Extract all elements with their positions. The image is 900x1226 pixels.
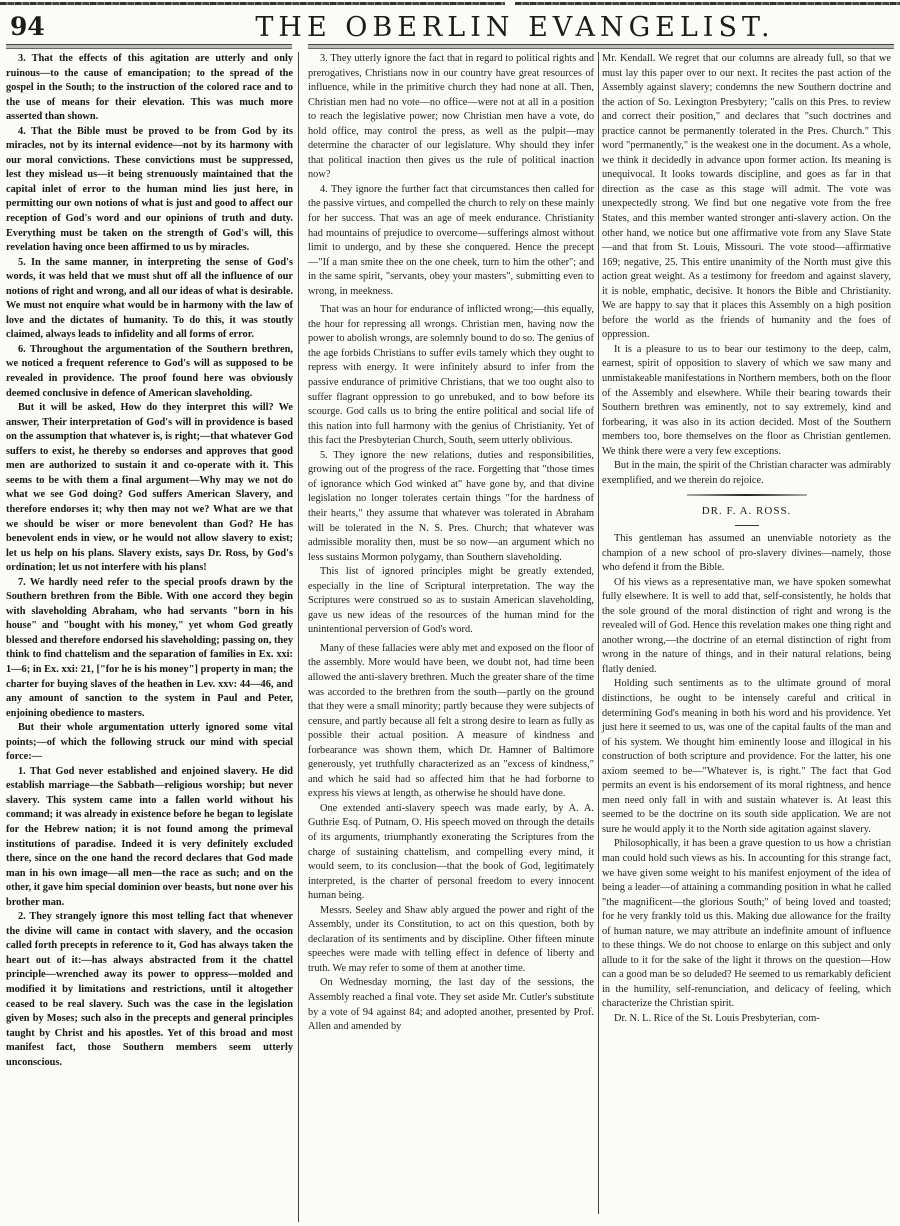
- paragraph: 5. They ignore the new relations, duties…: [308, 449, 594, 565]
- paragraph: 7. We hardly need refer to the special p…: [6, 576, 293, 721]
- heading-underline: [735, 525, 759, 526]
- paragraph: Philosophically, it has been a grave que…: [602, 837, 891, 1012]
- page-number: 94: [10, 12, 45, 41]
- paragraph: 1. That God never established and enjoin…: [6, 765, 293, 910]
- paragraph: It is a pleasure to us to bear our testi…: [602, 343, 891, 459]
- paragraph: 3. They utterly ignore the fact that in …: [308, 52, 594, 183]
- paragraph: Many of these fallacies were ably met an…: [308, 642, 594, 802]
- paragraph: 2. They strangely ignore this most telli…: [6, 910, 293, 1070]
- paragraph: Mr. Kendall. We regret that our columns …: [602, 52, 891, 343]
- paragraph: This list of ignored principles might be…: [308, 565, 594, 638]
- paragraph: Messrs. Seeley and Shaw ably argued the …: [308, 904, 594, 977]
- section-divider-ornament: [687, 494, 807, 496]
- paragraph: That was an hour for endurance of inflic…: [308, 303, 594, 448]
- paragraph: On Wednesday morning, the last day of th…: [308, 976, 594, 1034]
- column-divider-1: [298, 52, 299, 1222]
- paragraph: 5. In the same manner, in interpreting t…: [6, 256, 293, 343]
- newspaper-title: THE OBERLIN EVANGELIST.: [135, 12, 895, 43]
- header-rule-left: [6, 44, 292, 49]
- paragraph: But their whole argumentation utterly ig…: [6, 721, 293, 765]
- paragraph: But in the main, the spirit of the Chris…: [602, 459, 891, 488]
- masthead: 94 THE OBERLIN EVANGELIST.: [0, 10, 900, 40]
- section-heading: DR. F. A. ROSS.: [602, 504, 891, 519]
- top-border-rule: [0, 2, 505, 5]
- paragraph: Of his views as a representative man, we…: [602, 576, 891, 678]
- paragraph: This gentleman has assumed an unenviable…: [602, 532, 891, 576]
- paragraph: 4. They ignore the further fact that cir…: [308, 183, 594, 299]
- paragraph: Dr. N. L. Rice of the St. Louis Presbyte…: [602, 1012, 891, 1027]
- paragraph: But it will be asked, How do they interp…: [6, 401, 293, 576]
- paragraph: 6. Throughout the argumentation of the S…: [6, 343, 293, 401]
- article-column-2: 3. They utterly ignore the fact that in …: [308, 52, 594, 1035]
- paragraph: One extended anti-slavery speech was mad…: [308, 802, 594, 904]
- paragraph: 3. That the effects of this agitation ar…: [6, 52, 293, 125]
- article-column-1: 3. That the effects of this agitation ar…: [6, 52, 293, 1070]
- column-divider-2: [598, 52, 599, 1214]
- paragraph: Holding such sentiments as to the ultima…: [602, 677, 891, 837]
- article-column-3: Mr. Kendall. We regret that our columns …: [602, 52, 891, 1027]
- top-border-rule: [515, 2, 900, 5]
- paragraph: 4. That the Bible must be proved to be f…: [6, 125, 293, 256]
- header-rule-right: [308, 44, 894, 49]
